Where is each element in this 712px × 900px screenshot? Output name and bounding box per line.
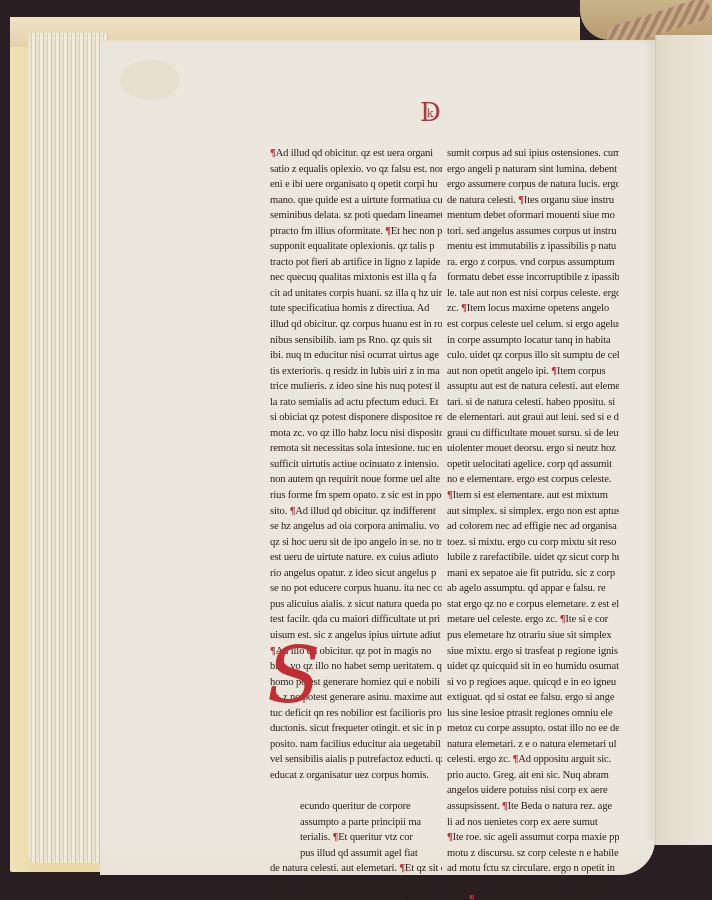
text-line: ra. ergo z corpus. vnd corpus assumptum	[447, 255, 619, 271]
text-line: eni e ibi uere organisato q opetit corpi…	[270, 177, 442, 193]
text-line: ad colorem nec ad effigie nec ad organis…	[447, 519, 619, 535]
text-line: opetit uelocitati agelice. corp qd assum…	[447, 457, 619, 473]
text-line: uidet qz quicquid sit in eo humidu osuma…	[447, 659, 619, 675]
pilcrow-mark: ¶	[333, 832, 339, 843]
pilcrow-mark: ¶	[461, 303, 467, 314]
text-line: le. tale aut non est nisi corpus celeste…	[447, 286, 619, 302]
text-line: sito. ¶Ad illud qd obicitur. qz indiffer…	[270, 504, 442, 520]
text-line: ptracto fm illius oformitate. ¶Et hec no…	[270, 224, 442, 240]
text-line: ministerio angelico assumere corpus de	[447, 877, 619, 893]
pilcrow-mark: ¶	[513, 754, 519, 765]
text-line: tute specificatiua homis z directiua. Ad	[270, 301, 442, 317]
text-line: de natura celesti. ¶Ites organu siue ins…	[447, 193, 619, 209]
text-line: ab agelo assumptu. qd appar e falsu. re	[447, 581, 619, 597]
pilcrow-mark: ¶	[502, 801, 508, 812]
text-line: tori. sed angelus assumes corpus ut inst…	[447, 224, 619, 240]
text-line: ¶Ad illud qd obicitur. qz est uera organ…	[270, 146, 442, 162]
text-line: de elementari. aut graui aut leui. sed s…	[447, 410, 619, 426]
text-line: se no pot educere corpus huanu. ita nec …	[270, 581, 442, 597]
text-line: educat z organisatur uez corpus homis.	[270, 768, 442, 784]
text-line: nibus sensibilib. iam ps Rno. qz quis si…	[270, 333, 442, 349]
pilcrow-mark: ¶	[447, 490, 453, 501]
text-line: rius forme fm spem opato. z sic est in p…	[270, 488, 442, 504]
text-line: test facilr. qda cu maiori difficultate …	[270, 612, 442, 628]
text-line: graui cu difficultate mouet sursu. si de…	[447, 426, 619, 442]
text-line: siue mixtu. ergo si trasfeat p regione i…	[447, 644, 619, 660]
text-line: metoz cu corpe assupto. ostat illo no ee…	[447, 721, 619, 737]
text-line: mano. que quide est a uirtute formatiua …	[270, 193, 442, 209]
text-line: illud qd obicitur. qz corpus huanu est i…	[270, 317, 442, 333]
text-line: uiolenter mouet deorsu. ergo si neutz ho…	[447, 441, 619, 457]
text-line: si obiciat qz potest disponere disposito…	[270, 410, 442, 426]
section-line: ecundo queritur de corpore	[270, 799, 442, 815]
section-gap	[270, 783, 442, 799]
text-line: non autem qn requirit noue forme uel alt…	[270, 472, 442, 488]
text-line: mentum debet oformari mouenti siue mo	[447, 208, 619, 224]
text-line: nec quecuq qualitas mixtonis est illa q …	[270, 270, 442, 286]
text-line: stat ergo qz no e corpus elemetare. z es…	[447, 597, 619, 613]
text-line: no e elementare. ergo est corpus celeste…	[447, 472, 619, 488]
text-line: pus alicuius aialis. z sicut natura qued…	[270, 597, 442, 613]
text-line: celesti. ergo zc. ¶Ad oppositu arguit si…	[447, 752, 619, 768]
text-line: assuptu aut est de natura celesti. aut e…	[447, 379, 619, 395]
pilcrow-mark: ¶	[399, 863, 405, 874]
text-line: ergo angeli p naturam sint lumina. deben…	[447, 162, 619, 178]
pilcrow-mark: ¶	[385, 226, 391, 237]
text-line: si vo p regioes aque. quicqd e in eo ign…	[447, 675, 619, 691]
page-edges	[28, 33, 108, 863]
text-line: celo. ¶Item angelus assumit corpus	[447, 892, 619, 900]
section-line: tatem his que sunt ad finem. sed angel a…	[270, 892, 442, 900]
text-line: in corpe assumpto locatur tanq in habita	[447, 333, 619, 349]
section-line: terialis. ¶Et queritur vtz cor	[270, 830, 442, 846]
text-line: li ad nos uenietes corp ex aere sumut	[447, 815, 619, 831]
text-line: angelos uidere potuiss nisi corp ex aere	[447, 783, 619, 799]
pilcrow-mark: ¶	[290, 506, 296, 517]
text-line: zc. ¶Item locus maxime opetens angelo	[447, 301, 619, 317]
pilcrow-mark: ¶	[551, 366, 557, 377]
section-line: assumpto a parte principii ma	[270, 815, 442, 831]
text-line: lus sine lesioe ptrasit regiones omniu e…	[447, 706, 619, 722]
text-line: satio z equalis oplexio. vo qz falsu est…	[270, 162, 442, 178]
text-line: motu z discursu. sz corp celeste n e hab…	[447, 846, 619, 862]
text-line: aut simplex. si simplex. ergo non est ap…	[447, 504, 619, 520]
text-line: mota zc. vo qz illo habz locu nisi dispo…	[270, 426, 442, 442]
folio-signature-mark: Dk	[420, 100, 448, 126]
text-line: est ueru de uirtute nature. ex cuius adi…	[270, 550, 442, 566]
text-line: qz si hoc ueru sit de ipo angelo in se. …	[270, 535, 442, 551]
section-line: natura celesti uidetur. finis imponit ne…	[270, 877, 442, 893]
right-text-column: sumit corpus ad sui ipius ostensiones. c…	[447, 146, 619, 900]
text-line: cit ad unitates corpis huani. sz illa q …	[270, 286, 442, 302]
rubricated-initial-s: S	[267, 637, 320, 715]
text-line: supponit equalitate oplexionis. qz talis…	[270, 239, 442, 255]
text-line: sumit corpus ad sui ipius ostensiones. c…	[447, 146, 619, 162]
text-line: rio angelus opatur. z ideo sicut angelus…	[270, 566, 442, 582]
text-line: tis exterioris. q residz in lubis uiri z…	[270, 364, 442, 380]
text-line: natura elemetari. z e o natura elemetari…	[447, 737, 619, 753]
text-line: aut non opetit angelo ipi. ¶Item corpus	[447, 364, 619, 380]
facing-page	[655, 35, 712, 845]
pilcrow-mark: ¶	[560, 614, 566, 625]
text-line: tari. si de natura celesti. habeo pposit…	[447, 395, 619, 411]
text-line: posito. nam facilius educitur aia uegeta…	[270, 737, 442, 753]
text-line: mani ex sepatoe aie fit putridu. sic z c…	[447, 566, 619, 582]
text-line: seminibus delata. sz poti quedam lineame…	[270, 208, 442, 224]
left-text-column: ¶Ad illud qd obicitur. qz est uera organ…	[270, 146, 442, 900]
text-line: toez. si mixtu. ergo cu corp mixtu sit r…	[447, 535, 619, 551]
text-line: extiguat. qd si ostat ee falsu. ergo si …	[447, 690, 619, 706]
text-line: ergo assumere corpus de natura lucis. er…	[447, 177, 619, 193]
text-line: culo. uidet qz corpus illo sit sumptu de…	[447, 348, 619, 364]
text-line: vel sensibilis aialis p putrefactoz educ…	[270, 752, 442, 768]
text-line: se hz angelus ad oia corpora animaliu. v…	[270, 519, 442, 535]
text-line: lubile z rarefactibile. uidet qz sicut c…	[447, 550, 619, 566]
text-line: mentu est immutabilis z ipassibilis p na…	[447, 239, 619, 255]
section-line: de natura celesti. aut elemetari. ¶Et qz…	[270, 861, 442, 877]
pilcrow-mark: ¶	[518, 195, 524, 206]
paper-stain	[120, 60, 180, 100]
text-line: formatu debet esse incorruptibile z ipas…	[447, 270, 619, 286]
text-line: ¶Ite roe. sic ageli assumut corpa maxie …	[447, 830, 619, 846]
text-line: ¶Item si est elementare. aut est mixtum	[447, 488, 619, 504]
section-line: pus illud qd assumit agel fiat	[270, 846, 442, 862]
text-line: ductonis. sicut frequeter otingit. et si…	[270, 721, 442, 737]
text-line: ad motu fctu sz circulare. ergo n opetit…	[447, 861, 619, 877]
text-line: la rato semialis ad actu pfectum educi. …	[270, 395, 442, 411]
text-line: tracto pot fieri ab artifice in ligno z …	[270, 255, 442, 271]
text-line: trice mulieris. z ideo sine his nuq pote…	[270, 379, 442, 395]
text-line: sufficit uirtutis actiue ocinuato z inte…	[270, 457, 442, 473]
text-line: assupsissent. ¶Ite Beda o natura rez. ag…	[447, 799, 619, 815]
text-line: prio aucto. Greg. ait eni sic. Nuq abram	[447, 768, 619, 784]
text-line: pus elemetare hz otrariu siue sit simple…	[447, 628, 619, 644]
pilcrow-mark: ¶	[447, 832, 453, 843]
text-line: remota sit necessitas sola intesione. tu…	[270, 441, 442, 457]
pilcrow-mark: ¶	[469, 894, 475, 900]
text-line: ibi. nuq tn educitur nisi ocurrat uirtus…	[270, 348, 442, 364]
text-line: est corpus celeste uel celum. si ergo ag…	[447, 317, 619, 333]
text-line: metare uel celeste. ergo zc. ¶Ite si e c…	[447, 612, 619, 628]
folio-sub: k	[427, 107, 434, 120]
pilcrow-mark: ¶	[270, 148, 276, 159]
